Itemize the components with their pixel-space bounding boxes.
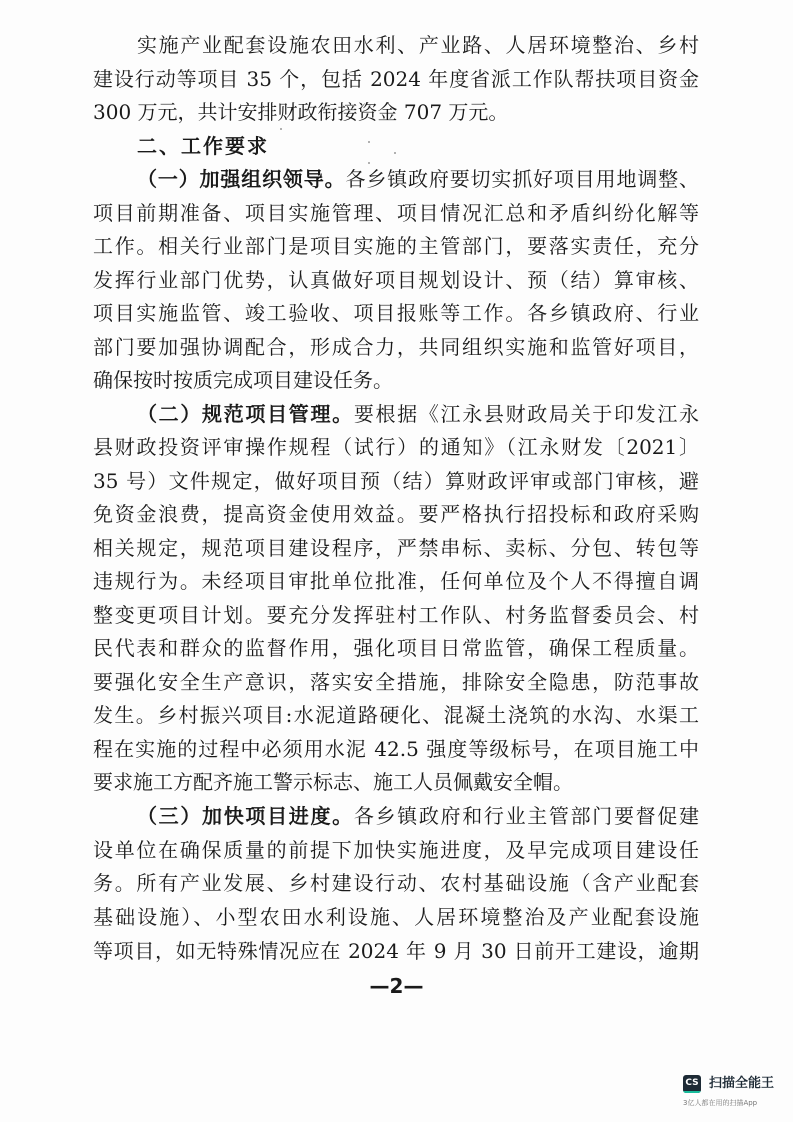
section-heading: 二、工作要求 xyxy=(137,131,269,161)
body-line: 要求施工方配齐施工警示标志、施工人员佩戴安全帽。 xyxy=(93,767,699,797)
body-line: 民代表和群众的监督作用，强化项目日常监管，确保工程质量。 xyxy=(93,633,699,663)
scan-speck xyxy=(368,141,370,143)
subsection-title: （三）加快项目进度。 xyxy=(137,804,354,828)
subsection-first-line: （一）加强组织领导。各乡镇政府要切实抓好项目用地调整、 xyxy=(137,164,699,194)
subsection-title: （一）加强组织领导。 xyxy=(137,167,345,191)
scan-speck xyxy=(394,152,396,154)
watermark-app-name: 扫描全能王 xyxy=(709,1075,774,1093)
scan-speck xyxy=(368,162,370,164)
document-page: 实施产业配套设施农田水利、产业路、人居环境整治、乡村 建设行动等项目 35 个，… xyxy=(0,0,793,1122)
body-line: 发生。乡村振兴项目:水泥道路硬化、混凝土浇筑的水沟、水渠工 xyxy=(93,700,699,730)
scan-speck xyxy=(280,128,282,130)
subsection-text: 各乡镇政府和行业主管部门要督促建 xyxy=(354,804,699,828)
body-line: 整变更项目计划。要充分发挥驻村工作队、村务监督委员会、村 xyxy=(93,600,699,630)
body-line: 项目前期准备、项目实施管理、项目情况汇总和矛盾纠纷化解等 xyxy=(93,198,699,228)
body-line: 35 号）文件规定，做好项目预（结）算财政评审或部门审核，避 xyxy=(93,466,699,496)
body-line: 部门要加强协调配合，形成合力，共同组织实施和监管好项目， xyxy=(93,332,699,362)
subsection-first-line: （三）加快项目进度。各乡镇政府和行业主管部门要督促建 xyxy=(137,801,699,831)
watermark-tagline: 3亿人都在用的扫描App xyxy=(683,1098,757,1108)
body-line: 违规行为。未经项目审批单位批准，任何单位及个人不得擅自调 xyxy=(93,566,699,596)
body-line: 县财政投资评审操作规程（试行）的通知》（江永财发〔2021〕 xyxy=(93,432,699,462)
body-line: 务。所有产业发展、乡村建设行动、农村基础设施（含产业配套 xyxy=(93,868,699,898)
scanner-app-watermark: CS 扫描全能王 3亿人都在用的扫描App xyxy=(683,1075,789,1113)
body-line: 300 万元，共计安排财政衔接资金 707 万元。 xyxy=(93,97,699,127)
body-line: 建设行动等项目 35 个，包括 2024 年度省派工作队帮扶项目资金 xyxy=(93,64,699,94)
body-line: 相关规定，规范项目建设程序，严禁串标、卖标、分包、转包等 xyxy=(93,533,699,563)
subsection-text: 要根据《江永县财政局关于印发江永 xyxy=(354,402,699,426)
camscanner-logo-icon: CS xyxy=(683,1075,701,1093)
subsection-first-line: （二）规范项目管理。要根据《江永县财政局关于印发江永 xyxy=(137,399,699,429)
body-line: 实施产业配套设施农田水利、产业路、人居环境整治、乡村 xyxy=(137,30,699,60)
body-line: 要强化安全生产意识，落实安全措施，排除安全隐患，防范事故 xyxy=(93,667,699,697)
subsection-title: （二）规范项目管理。 xyxy=(137,402,354,426)
body-line: 项目实施监管、竣工验收、项目报账等工作。各乡镇政府、行业 xyxy=(93,298,699,328)
body-line: 确保按时按质完成项目建设任务。 xyxy=(93,365,699,395)
body-line: 免资金浪费，提高资金使用效益。要严格执行招投标和政府采购 xyxy=(93,499,699,529)
body-line: 基础设施）、小型农田水利设施、人居环境整治及产业配套设施 xyxy=(93,902,699,932)
body-line: 程在实施的过程中必须用水泥 42.5 强度等级标号，在项目施工中 xyxy=(93,734,699,764)
body-line: 设单位在确保质量的前提下加快实施进度，及早完成项目建设任 xyxy=(93,835,699,865)
subsection-text: 各乡镇政府要切实抓好项目用地调整、 xyxy=(345,167,699,191)
page-number: —2— xyxy=(0,972,793,1000)
body-line: 发挥行业部门优势，认真做好项目规划设计、预（结）算审核、 xyxy=(93,265,699,295)
body-line: 工作。相关行业部门是项目实施的主管部门，要落实责任，充分 xyxy=(93,231,699,261)
body-line: 等项目，如无特殊情况应在 2024 年 9 月 30 日前开工建设，逾期 xyxy=(93,936,699,966)
